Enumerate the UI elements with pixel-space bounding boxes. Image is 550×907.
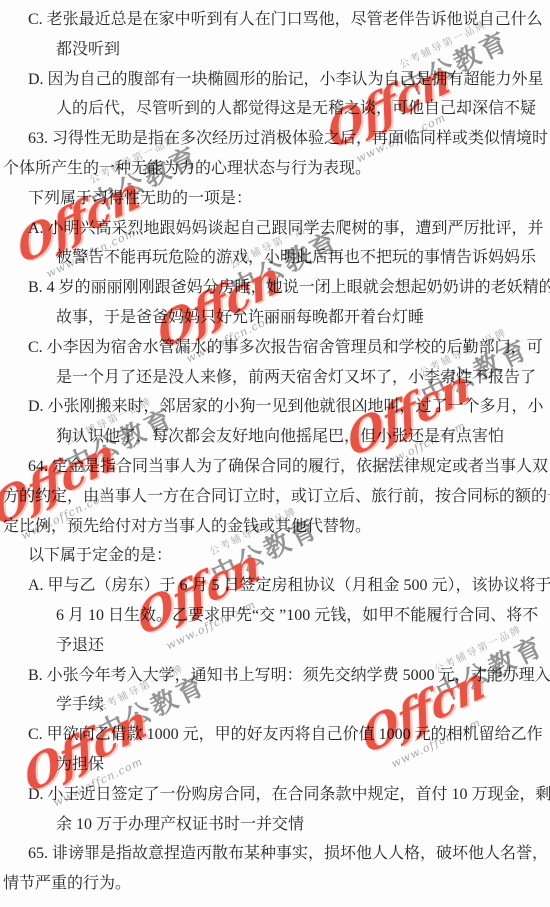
text-line: 63. 习得性无助是指在多次经历过消极体验之后，再面临同样或类似情境时 [0, 124, 550, 154]
text-line: 方的约定，由当事人一方在合同订立时，或订立后、旅行前，按合同标的额的一 [0, 482, 550, 512]
text-line: B. 小张今年考入大学，通知书上写明：须先交纳学费 5000 元，才能办理入 [0, 661, 550, 691]
text-line: 人的后代，尽管听到的人都觉得这是无稽之谈，可他自己却深信不疑 [0, 94, 550, 124]
text-line: 6 月 10 日生效。乙要求甲先“交 ”100 元钱，如甲不能履行合同、将不 [0, 601, 550, 631]
text-line: 学手续 [0, 690, 550, 720]
text-line: B. 4 岁的丽丽刚刚跟爸妈分房睡，她说一闭上眼就会想起奶奶讲的老妖精的 [0, 273, 550, 303]
scanned-exam-page: 公考辅导第一品牌 中公教育 Offcn www.offcn.com 公考辅导第一… [0, 0, 550, 907]
text-line: 是一个月了还是没人来修，前两天宿舍灯又坏了，小李索性不报告了 [0, 363, 550, 393]
text-line: 余 10 万于办理产权证书时一并交情 [0, 810, 550, 840]
text-line: C. 老张最近总是在家中听到有人在门口骂他，尽管老伴告诉他说自己什么 [0, 5, 550, 35]
text-line: 为担保 [0, 750, 550, 780]
text-line: 故事，于是爸爸妈妈只好允许丽丽每晚都开着台灯睡 [0, 303, 550, 333]
text-line: 65. 诽谤罪是指故意捏造丙散布某种事实，损坏他人人格，破坏他人名誉， [0, 839, 550, 869]
text-line: D. 因为自己的腹部有一块椭圆形的胎记，小李认为自己是拥有超能力外星 [0, 65, 550, 95]
text-line: D. 小张刚搬来时，邻居家的小狗一见到他就很凶地叫，过了一个多月，小 [0, 392, 550, 422]
text-line: 予退还 [0, 631, 550, 661]
text-line: A. 小明兴高采烈地跟妈妈谈起自己跟同学去爬树的事，遭到严厉批评，并 [0, 214, 550, 244]
text-line: 被警告不能再玩危险的游戏，小明此后再也不把玩的事情告诉妈妈乐 [0, 243, 550, 273]
text-line: 都没听到 [0, 35, 550, 65]
document-text-block: C. 老张最近总是在家中听到有人在门口骂他，尽管老伴告诉他说自己什么都没听到D.… [0, 5, 550, 899]
text-line: 下列属于习得性无助的一项是： [0, 184, 550, 214]
text-line: D. 小王近日签定了一份购房合同，在合同条款中规定，首付 10 万现金，剩 [0, 780, 550, 810]
text-line: 情节严重的行为。 [0, 869, 550, 899]
text-line: 个体所产生的一种无能为力的心理状态与行为表现。 [0, 154, 550, 184]
text-line: 以下属于定金的是： [0, 541, 550, 571]
text-line: 64. 定金是指合同当事人为了确保合同的履行，依据法律规定或者当事人双 [0, 452, 550, 482]
text-line: 狗认识他了，每次都会友好地向他摇尾巴，但小张还是有点害怕 [0, 422, 550, 452]
text-line: A. 甲与乙（房东）于 6 月 5 日签定房租协议（月租金 500 元），该协议… [0, 571, 550, 601]
text-line: C. 小李因为宿舍水管漏水的事多次报告宿舍管理员和学校的后勤部门，可 [0, 333, 550, 363]
text-line: C. 甲欲向乙借款 1000 元，甲的好友丙将自己价值 1000 元的相机留给乙… [0, 720, 550, 750]
text-line: 定比例，预先给付对方当事人的金钱或其他代替物。 [0, 512, 550, 542]
